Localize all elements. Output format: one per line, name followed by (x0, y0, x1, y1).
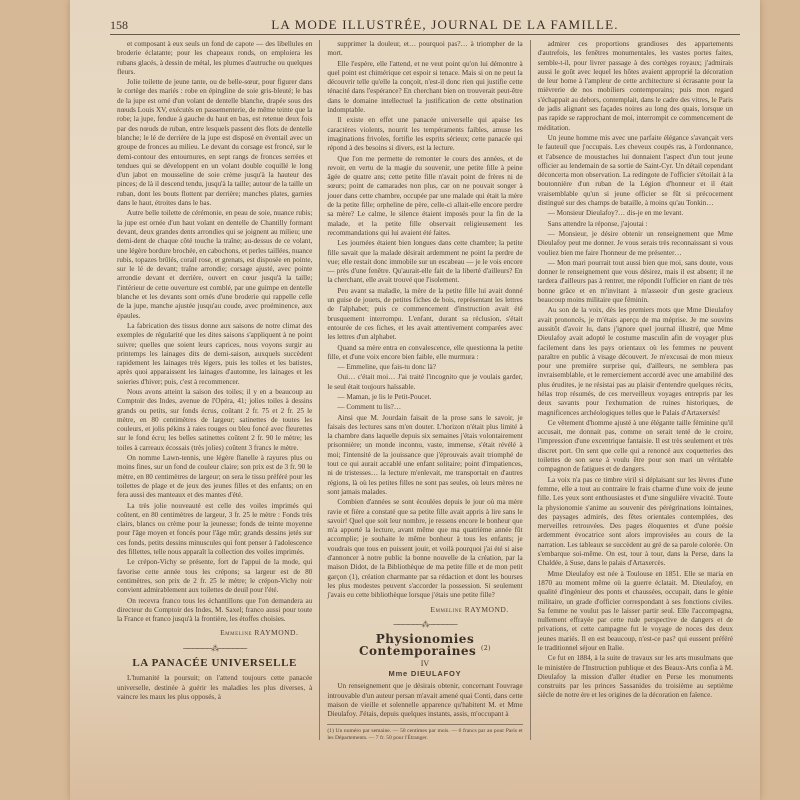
ornament-divider: ──────⁂────── (327, 620, 522, 629)
paragraph: Oui… c'était moi… J'ai traité l'incognit… (327, 373, 522, 392)
column-1: et composant à eux seuls un fond de capo… (110, 40, 320, 740)
paragraph: Un renseignement que je désirais obtenir… (327, 682, 522, 719)
paragraph: — Mon mari pourrait tout aussi bien que … (538, 259, 733, 305)
footnotes: (1) Un numéro par semaine. — 50 centimes… (327, 724, 522, 740)
paragraph: — Maman, je lis le Petit-Poucet. (327, 393, 522, 402)
column-2: supprimer la douleur, et… pourquoi pas?…… (320, 40, 530, 740)
paragraph: Quand sa mère entra en convalescence, el… (327, 344, 522, 363)
paragraph: La fabrication des tissus donne aux sais… (117, 322, 312, 387)
paragraph: Autre belle toilette de cérémonie, en pe… (117, 209, 312, 321)
paragraph: Un jeune homme mis avec une parfaite élé… (538, 134, 733, 208)
newspaper-page: 158 LA MODE ILLUSTRÉE, JOURNAL DE LA FAM… (70, 0, 760, 800)
signature: Emmeline RAYMOND. (117, 628, 298, 637)
paragraph: L'humanité la poursuit; on l'attend touj… (117, 674, 312, 702)
paragraph: Elle l'espère, elle l'attend, et ne veut… (327, 60, 522, 116)
paragraph: Les journées étaient bien longues dans c… (327, 239, 522, 285)
series-number: IV (327, 659, 522, 668)
paragraph: et composant à eux seuls un fond de capo… (117, 40, 312, 77)
paragraph: Au son de la voix, dès les premiers mots… (538, 306, 733, 418)
paragraph: — Monsieur Dieulafoy?… dis-je en me leva… (538, 209, 733, 218)
column-2-body: supprimer la douleur, et… pourquoi pas?…… (327, 40, 522, 601)
footnote-ref: (2) (481, 645, 491, 652)
series-subject: Mme DIEULAFOY (327, 669, 522, 678)
column-3-body: admirer ces proportions grandioses des a… (538, 40, 733, 701)
text-columns: et composant à eux seuls un fond de capo… (110, 40, 740, 740)
paragraph: Combien d'années se sont écoulées depuis… (327, 498, 522, 600)
paragraph: — Monsieur, je désire obtenir un renseig… (538, 230, 733, 258)
paragraph: Le crépon-Vichy se présente, fort de l'a… (117, 558, 312, 595)
paragraph: (1) Un numéro par semaine. — 50 centimes… (327, 728, 522, 740)
paragraph: Jolie toilette de jeune tante, ou de bel… (117, 78, 312, 208)
paragraph: On nomme Lawn-tennis, une légère flanell… (117, 454, 312, 500)
signature: Emmeline RAYMOND. (327, 605, 508, 614)
paragraph: — Comment tu lis?… (327, 403, 522, 412)
paragraph: Nous avons atteint la saison des toiles;… (117, 388, 312, 453)
paragraph: La voix n'a pas ce timbre viril si dépla… (538, 476, 733, 569)
series-title-text: Physionomies Contemporaines (359, 632, 476, 658)
paragraph: Ce vêtement d'homme ajusté à une élégant… (538, 419, 733, 475)
column-1-body: et composant à eux seuls un fond de capo… (117, 40, 312, 624)
paragraph: admirer ces proportions grandioses des a… (538, 40, 733, 133)
paragraph: La très jolie nouveauté est celle des vo… (117, 502, 312, 558)
page-header: 158 LA MODE ILLUSTRÉE, JOURNAL DE LA FAM… (110, 16, 740, 35)
paragraph: Il existe en effet une panacée universel… (327, 116, 522, 153)
article-title: LA PANACÉE UNIVERSELLE (117, 659, 312, 668)
page-number: 158 (110, 18, 150, 33)
paragraph: — Emmeline, que fais-tu donc là? (327, 363, 522, 372)
paragraph: Peu avant sa maladie, la mère de la peti… (327, 287, 522, 343)
ornament-divider: ──────⁂────── (117, 644, 312, 653)
paragraph: Que l'on me permette de remonter le cour… (327, 155, 522, 239)
journal-title: LA MODE ILLUSTRÉE, JOURNAL DE LA FAMILLE… (150, 17, 740, 33)
series-title: Physionomies Contemporaines (2) (327, 635, 522, 657)
paragraph: Sans attendre la réponse, j'ajoutai : (538, 220, 733, 229)
paragraph: Mme Dieulafoy est née à Toulouse en 1851… (538, 570, 733, 654)
column-3: admirer ces proportions grandioses des a… (531, 40, 740, 740)
paragraph: Ce fut en 1884, à la suite de travaux su… (538, 654, 733, 700)
paragraph: On recevra franco tous les échantillons … (117, 597, 312, 625)
paragraph: supprimer la douleur, et… pourquoi pas?…… (327, 40, 522, 59)
series-body: Un renseignement que je désirais obtenir… (327, 682, 522, 719)
article-body: L'humanité la poursuit; on l'attend touj… (117, 674, 312, 702)
paragraph: Ainsi que M. Jourdain faisait de la pros… (327, 414, 522, 498)
